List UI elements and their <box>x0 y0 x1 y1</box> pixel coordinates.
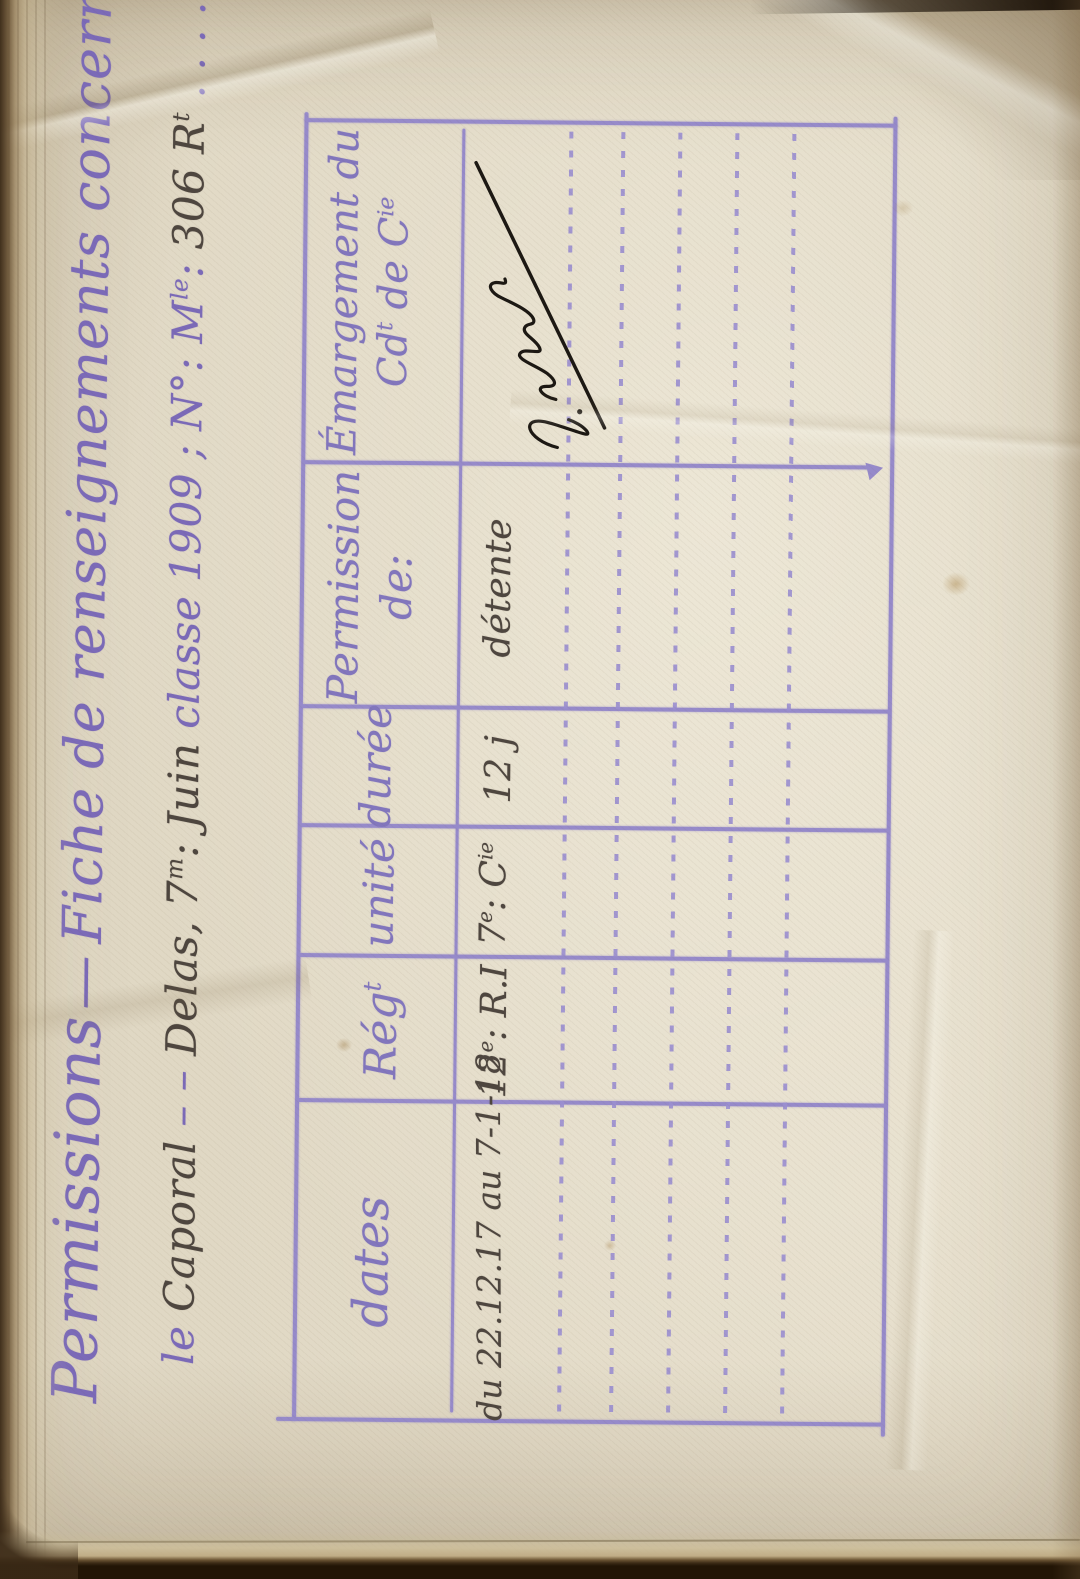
subtitle-sup-le: le <box>167 278 193 300</box>
table-header-permission: Permission de: <box>317 464 424 709</box>
title-permissions: Permissions <box>38 1015 115 1403</box>
header-emargement-line1: Émargement du <box>317 118 370 464</box>
row1-dates: du 22.12.17 au 7-1-18 <box>469 1104 509 1421</box>
subtitle-classe: classe 1909 ; N°: M <box>160 300 213 729</box>
row1-regt-num: 12 <box>473 1052 514 1098</box>
scanned-booklet-page: Permissions—Fiche de renseignements conc… <box>0 0 1080 1579</box>
subtitle-trailing-dots: . . . . <box>165 1 215 112</box>
header-cdt-sup: t <box>373 322 398 331</box>
table-header-regt: Régt <box>353 958 409 1104</box>
table-header-emargement: Émargement du Cdt de Cie <box>317 118 420 465</box>
row1-regt-sup: e <box>475 1041 498 1053</box>
header-emargement-line2: Cdt de Cie <box>367 119 420 465</box>
header-de-c: de C <box>371 217 418 323</box>
rotated-handwriting-layer: Permissions—Fiche de renseignements conc… <box>0 0 1080 1579</box>
subtitle-dashes: – – <box>156 1056 206 1141</box>
header-permission-line2: de: <box>369 465 424 709</box>
header-regt-sup: t <box>358 982 386 992</box>
subtitle-sup-m: m <box>162 857 188 880</box>
header-permission-line1: Permission <box>317 464 372 708</box>
row1-unite-sup-ie: ie <box>474 842 497 860</box>
empty-row-dash-3 <box>666 133 682 1413</box>
commander-signature <box>459 131 614 462</box>
subtitle-sup-t: t <box>169 112 195 122</box>
page-subtitle: le Caporal – – Delas, 7m: Juin classe 19… <box>154 1 215 1365</box>
title-dash-flourish: — <box>50 943 114 1016</box>
subtitle-caporal: Caporal <box>155 1140 205 1312</box>
permissions-table: dates Régt unité durée Permission de: Ém… <box>292 118 897 1427</box>
subtitle-delas: Delas, 7 <box>157 880 208 1056</box>
table-border-top <box>292 112 309 1421</box>
row1-unite: 7e: Cie <box>472 829 514 959</box>
row1-unite-sup-e: e <box>474 911 497 923</box>
table-border-left <box>276 1417 885 1427</box>
table-header-dates: dates <box>340 1131 402 1392</box>
table-header-duree: durée <box>350 709 404 828</box>
header-cie-sup: ie <box>374 197 399 217</box>
row1-unite-num: 7 <box>473 923 514 946</box>
row1-regt-ri: : R.I <box>474 964 516 1041</box>
page-title: Permissions—Fiche de renseignements conc… <box>38 0 127 1403</box>
table-border-bottom <box>881 117 898 1437</box>
row1-duree: 12 j <box>478 710 520 829</box>
empty-row-dash-4 <box>723 133 739 1413</box>
subtitle-colon: : <box>164 249 213 278</box>
empty-row-dash-5 <box>780 134 796 1414</box>
subtitle-le: le <box>154 1312 203 1366</box>
row1-regt: 12e: R.I <box>473 959 515 1104</box>
subtitle-juin: : Juin <box>158 729 208 858</box>
title-fiche: Fiche de renseignements concernant <box>51 0 125 944</box>
subtitle-matricule: 306 R <box>164 122 214 250</box>
header-regt-base: Rég <box>355 991 407 1079</box>
row1-permission: détente <box>477 466 520 710</box>
row1-unite-c: : C <box>473 860 514 912</box>
header-cdt-base: Cd <box>370 331 417 388</box>
table-header-unite: unité <box>352 828 406 958</box>
